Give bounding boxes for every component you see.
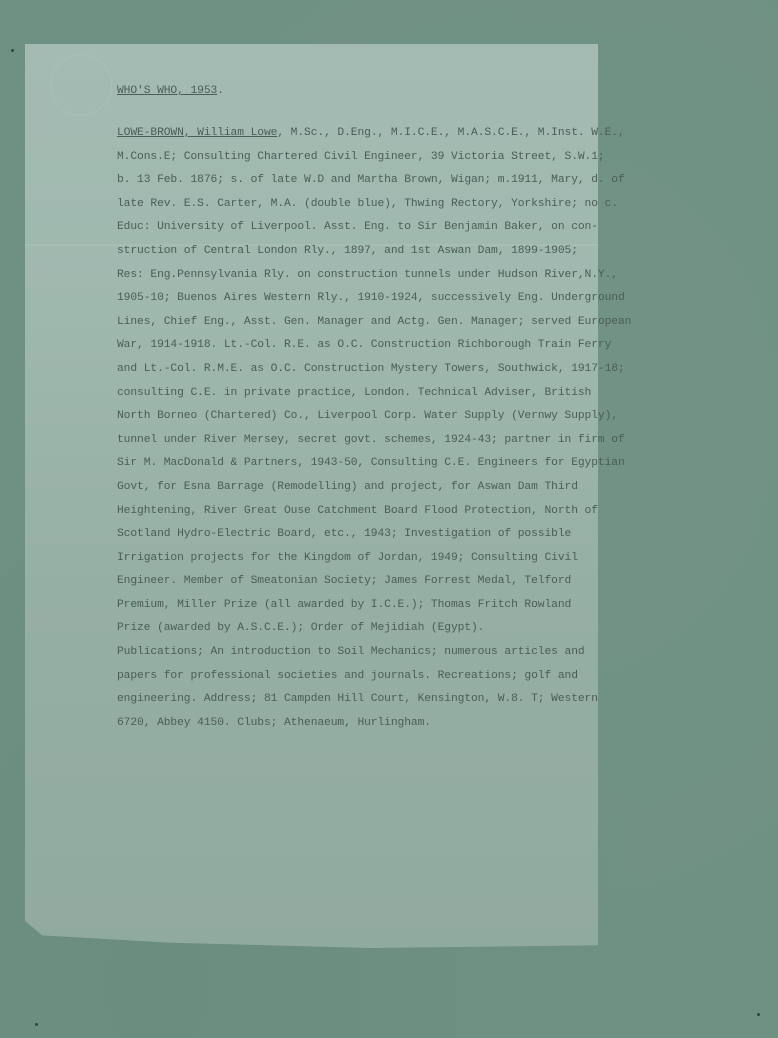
entry-line: Lines, Chief Eng., Asst. Gen. Manager an… xyxy=(117,311,597,335)
document-title: WHO'S WHO, 1953 xyxy=(117,85,217,97)
background-speck xyxy=(757,1013,760,1016)
document-title-suffix: . xyxy=(217,85,224,97)
entry-body: LOWE-BROWN, William Lowe, M.Sc., D.Eng.,… xyxy=(117,122,597,735)
background-speck xyxy=(35,1023,38,1026)
entry-line: b. 13 Feb. 1876; s. of late W.D and Mart… xyxy=(117,169,597,193)
document-header: WHO'S WHO, 1953. xyxy=(117,80,597,102)
document-content: WHO'S WHO, 1953. LOWE-BROWN, William Low… xyxy=(117,80,597,735)
entry-line: Govt, for Esna Barrage (Remodelling) and… xyxy=(117,476,597,500)
entry-line: LOWE-BROWN, William Lowe, M.Sc., D.Eng.,… xyxy=(117,122,597,146)
entry-name: LOWE-BROWN, William Lowe xyxy=(117,127,277,139)
entry-line: 1905-10; Buenos Aires Western Rly., 1910… xyxy=(117,287,597,311)
entry-line: Publications; An introduction to Soil Me… xyxy=(117,641,597,665)
entry-line: 6720, Abbey 4150. Clubs; Athenaeum, Hurl… xyxy=(117,712,597,736)
entry-line: North Borneo (Chartered) Co., Liverpool … xyxy=(117,405,597,429)
entry-line: struction of Central London Rly., 1897, … xyxy=(117,240,597,264)
entry-line: War, 1914-1918. Lt.-Col. R.E. as O.C. Co… xyxy=(117,334,597,358)
entry-qualifications: , M.Sc., D.Eng., M.I.C.E., M.A.S.C.E., M… xyxy=(277,127,624,139)
entry-line: Res: Eng.Pennsylvania Rly. on constructi… xyxy=(117,264,597,288)
entry-line: Scotland Hydro-Electric Board, etc., 194… xyxy=(117,523,597,547)
entry-line: Premium, Miller Prize (all awarded by I.… xyxy=(117,594,597,618)
entry-line: and Lt.-Col. R.M.E. as O.C. Construction… xyxy=(117,358,597,382)
entry-line: engineering. Address; 81 Campden Hill Co… xyxy=(117,688,597,712)
entry-line: papers for professional societies and jo… xyxy=(117,665,597,689)
entry-line: Engineer. Member of Smeatonian Society; … xyxy=(117,570,597,594)
entry-line: Irrigation projects for the Kingdom of J… xyxy=(117,547,597,571)
entry-line: consulting C.E. in private practice, Lon… xyxy=(117,382,597,406)
entry-line: M.Cons.E; Consulting Chartered Civil Eng… xyxy=(117,146,597,170)
entry-line: Heightening, River Great Ouse Catchment … xyxy=(117,500,597,524)
entry-line: tunnel under River Mersey, secret govt. … xyxy=(117,429,597,453)
entry-line: Prize (awarded by A.S.C.E.); Order of Me… xyxy=(117,617,597,641)
entry-line: Sir M. MacDonald & Partners, 1943-50, Co… xyxy=(117,452,597,476)
entry-line: late Rev. E.S. Carter, M.A. (double blue… xyxy=(117,193,597,217)
background-speck xyxy=(11,49,14,52)
entry-line: Educ: University of Liverpool. Asst. Eng… xyxy=(117,216,597,240)
